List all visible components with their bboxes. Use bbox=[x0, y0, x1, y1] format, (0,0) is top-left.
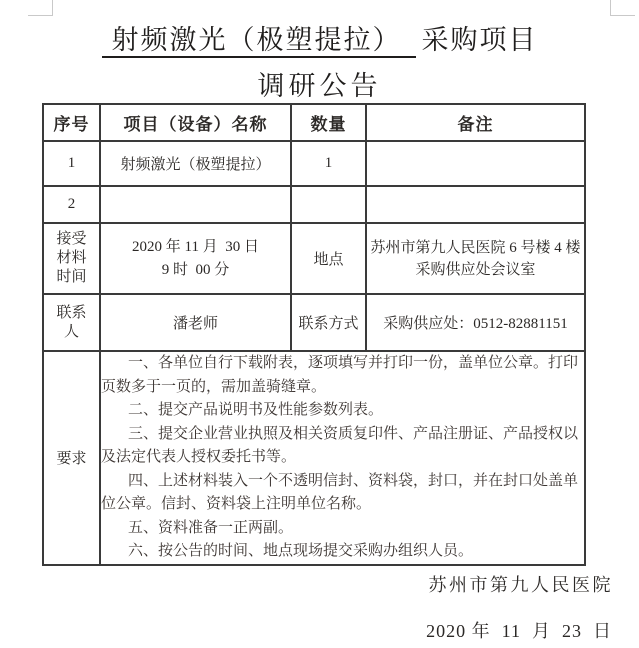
title-line-1: 射频激光（极塑提拉）采购项目 bbox=[0, 18, 639, 57]
document-title: 射频激光（极塑提拉）采购项目 调研公告 bbox=[0, 18, 639, 103]
table-row-material-time: 接受 材料 时间 2020 年 11 月 30 日 9 时 00 分 地点 苏州… bbox=[43, 223, 585, 294]
requirement-item-5: 五、资料准备一正两副。 bbox=[101, 517, 584, 541]
table-header-row: 序号 项目（设备）名称 数量 备注 bbox=[43, 104, 585, 141]
material-time-label: 接受 材料 时间 bbox=[43, 223, 100, 294]
requirement-item-6: 六、按公告的时间、地点现场提交采购办组织人员。 bbox=[101, 540, 584, 564]
page-margin-corner-top-left bbox=[28, 0, 53, 16]
item1-name: 射频激光（极塑提拉） bbox=[100, 141, 291, 186]
requirement-item-1: 一、各单位自行下载附表，逐项填写并打印一份，盖单位公章。打印页数多于一页的，需加… bbox=[101, 352, 584, 399]
issue-date: 2020 年 11 月 23 日 bbox=[426, 617, 612, 643]
item2-remarks bbox=[366, 186, 585, 223]
material-time-value: 2020 年 11 月 30 日 9 时 00 分 bbox=[100, 223, 291, 294]
requirement-item-2: 二、提交产品说明书及性能参数列表。 bbox=[101, 399, 584, 423]
title-project-name: 射频激光（极塑提拉） bbox=[102, 25, 416, 58]
procurement-table: 序号 项目（设备）名称 数量 备注 1 射频激光（极塑提拉） 1 2 接受 材料… bbox=[42, 103, 586, 566]
header-cell-item-name: 项目（设备）名称 bbox=[100, 104, 291, 141]
header-cell-serial: 序号 bbox=[43, 104, 100, 141]
requirement-item-3: 三、提交企业营业执照及相关资质复印件、产品注册证、产品授权以及法定代表人授权委托… bbox=[101, 423, 584, 470]
table-row-requirements: 要求 一、各单位自行下载附表，逐项填写并打印一份，盖单位公章。打印页数多于一页的… bbox=[43, 351, 585, 565]
contact-label: 联系 人 bbox=[43, 294, 100, 351]
contact-method-value: 采购供应处：0512-82881151 bbox=[366, 294, 585, 351]
issuing-organization: 苏州市第九人民医院 bbox=[429, 571, 614, 597]
requirement-item-4: 四、上述材料装入一个不透明信封、资料袋，封口，并在封口处盖单位公章。信封、资料袋… bbox=[101, 470, 584, 517]
header-cell-quantity: 数量 bbox=[291, 104, 366, 141]
title-suffix: 采购项目 bbox=[422, 25, 538, 55]
table-row-item-2: 2 bbox=[43, 186, 585, 223]
requirements-label: 要求 bbox=[43, 351, 100, 565]
page-margin-corner-top-right bbox=[610, 0, 635, 16]
contact-method-label: 联系方式 bbox=[291, 294, 366, 351]
material-time-clock: 9 时 00 分 bbox=[101, 259, 290, 282]
material-time-label-line: 接受 bbox=[44, 230, 99, 249]
header-cell-remarks: 备注 bbox=[366, 104, 585, 141]
location-label: 地点 bbox=[291, 223, 366, 294]
item1-remarks bbox=[366, 141, 585, 186]
item2-name bbox=[100, 186, 291, 223]
title-line-2: 调研公告 bbox=[0, 64, 639, 103]
item2-quantity bbox=[291, 186, 366, 223]
location-value: 苏州市第九人民医院 6 号楼 4 楼 采购供应处会议室 bbox=[366, 223, 585, 294]
material-time-label-line: 时间 bbox=[44, 268, 99, 287]
location-line: 苏州市第九人民医院 6 号楼 4 楼 bbox=[367, 237, 584, 259]
location-line: 采购供应处会议室 bbox=[367, 259, 584, 281]
table-row-item-1: 1 射频激光（极塑提拉） 1 bbox=[43, 141, 585, 186]
material-time-label-line: 材料 bbox=[44, 249, 99, 268]
contact-label-line: 人 bbox=[44, 323, 99, 342]
material-time-date: 2020 年 11 月 30 日 bbox=[101, 236, 290, 259]
item1-quantity: 1 bbox=[291, 141, 366, 186]
contact-label-line: 联系 bbox=[44, 304, 99, 323]
requirements-content: 一、各单位自行下载附表，逐项填写并打印一份，盖单位公章。打印页数多于一页的，需加… bbox=[100, 351, 585, 565]
item1-serial: 1 bbox=[43, 141, 100, 186]
contact-name: 潘老师 bbox=[100, 294, 291, 351]
item2-serial: 2 bbox=[43, 186, 100, 223]
table-row-contact: 联系 人 潘老师 联系方式 采购供应处：0512-82881151 bbox=[43, 294, 585, 351]
